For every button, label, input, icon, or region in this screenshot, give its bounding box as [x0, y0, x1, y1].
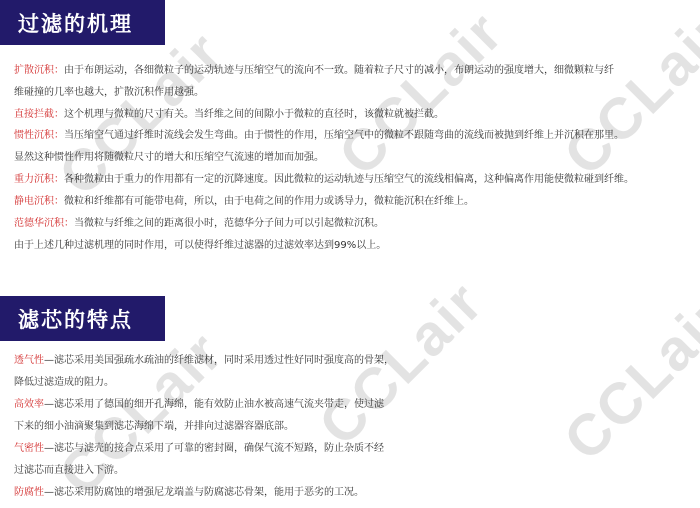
feature-text: 滤芯与滤壳的接合点采用了可靠的密封圈，确保气流不短路，防止杂质不经 [54, 443, 384, 454]
mechanism-inertial: 惯性沉积：当压缩空气通过纤维时流线会发生弯曲。由于惯性的作用，压缩空气中的微粒不… [14, 130, 624, 141]
mechanism-text: 维碰撞的几率也越大，扩散沉积作用越强。 [14, 87, 204, 98]
mechanism-text: 微粒和纤维都有可能带电荷，所以，由于电荷之间的作用力或诱导力，微粒能沉积在纤维上… [64, 196, 474, 207]
term-label: 直接拦截 [14, 109, 54, 120]
mechanism-diffusion: 扩散沉积：由于布朗运动，各细微粒子的运动轨迹与压缩空气的流向不一致。随着粒子尺寸… [14, 65, 614, 76]
feature-text: 下来的细小油滴聚集到滤芯海绵下端，并排向过滤器容器底部。 [14, 421, 294, 432]
feature-airtightness: 气密性—滤芯与滤壳的接合点采用了可靠的密封圈，确保气流不短路，防止杂质不经 [14, 443, 384, 454]
mechanism-interception: 直接拦截：这个机理与微粒的尺寸有关。当纤维之间的间隙小于微粒的直径时，该微粒就被… [14, 109, 444, 120]
feature-text: 降低过滤造成的阻力。 [14, 377, 114, 388]
feature-efficiency: 高效率—滤芯采用了德国的细开孔海绵，能有效防止油水被高速气流夹带走，使过滤 [14, 399, 384, 410]
mechanism-text: 当微粒与纤维之间的距离很小时，范德华分子间力可以引起微粒沉积。 [74, 218, 384, 229]
term-label: 静电沉积 [14, 196, 54, 207]
term-label: 范德华沉积 [14, 218, 64, 229]
mechanism-diffusion-cont: 维碰撞的几率也越大，扩散沉积作用越强。 [14, 87, 204, 98]
feature-text: 滤芯采用防腐蚀的增强尼龙端盖与防腐滤芯骨架，能用于恶劣的工况。 [54, 487, 364, 498]
term-label: 高效率 [14, 399, 44, 410]
section-title-filtration-mechanism: 过滤的机理 [0, 0, 165, 45]
mechanism-gravity: 重力沉积：各种微粒由于重力的作用都有一定的沉降速度。因此微粒的运动轨迹与压缩空气… [14, 174, 634, 185]
section-title-filter-features: 滤芯的特点 [0, 296, 165, 341]
mechanism-inertial-cont: 显然这种惯性作用将随微粒尺寸的增大和压缩空气流速的增加而加强。 [14, 152, 324, 163]
feature-text: 滤芯采用美国强疏水疏油的纤维滤材，同时采用透过性好同时强度高的骨架， [54, 355, 394, 366]
watermark: CCLair [46, 318, 236, 508]
term-label: 防腐性 [14, 487, 44, 498]
term-label: 透气性 [14, 355, 44, 366]
term-label: 气密性 [14, 443, 44, 454]
feature-text: 滤芯采用了德国的细开孔海绵，能有效防止油水被高速气流夹带走，使过滤 [54, 399, 384, 410]
mechanism-electrostatic: 静电沉积：微粒和纤维都有可能带电荷，所以，由于电荷之间的作用力或诱导力，微粒能沉… [14, 196, 474, 207]
mechanism-text: 显然这种惯性作用将随微粒尺寸的增大和压缩空气流速的增加而加强。 [14, 152, 324, 163]
watermark: CCLair [551, 283, 700, 473]
mechanism-van-der-waals: 范德华沉积：当微粒与纤维之间的距离很小时，范德华分子间力可以引起微粒沉积。 [14, 218, 384, 229]
feature-text: 过滤芯而直接进入下游。 [14, 465, 124, 476]
feature-airtightness-cont: 过滤芯而直接进入下游。 [14, 465, 124, 476]
section-title-text: 滤芯的特点 [18, 304, 133, 334]
watermark: CCLair [326, 0, 516, 189]
mechanism-text: 各种微粒由于重力的作用都有一定的沉降速度。因此微粒的运动轨迹与压缩空气的流线相偏… [64, 174, 634, 185]
feature-corrosion-resistance: 防腐性—滤芯采用防腐蚀的增强尼龙端盖与防腐滤芯骨架，能用于恶劣的工况。 [14, 487, 364, 498]
mechanism-text: 这个机理与微粒的尺寸有关。当纤维之间的间隙小于微粒的直径时，该微粒就被拦截。 [64, 109, 444, 120]
section-title-text: 过滤的机理 [18, 8, 133, 38]
term-label: 扩散沉积 [14, 65, 54, 76]
mechanism-summary: 由于上述几种过滤机理的同时作用，可以使得纤维过滤器的过滤效率达到99%以上。 [14, 240, 386, 251]
summary-text: 由于上述几种过滤机理的同时作用，可以使得纤维过滤器的过滤效率达到99%以上。 [14, 240, 386, 251]
mechanism-text: 由于布朗运动，各细微粒子的运动轨迹与压缩空气的流向不一致。随着粒子尺寸的减小，布… [64, 65, 614, 76]
feature-permeability: 透气性—滤芯采用美国强疏水疏油的纤维滤材，同时采用透过性好同时强度高的骨架， [14, 355, 394, 366]
term-label: 惯性沉积 [14, 130, 54, 141]
feature-permeability-cont: 降低过滤造成的阻力。 [14, 377, 114, 388]
watermark: CCLair [551, 0, 700, 189]
term-label: 重力沉积 [14, 174, 54, 185]
mechanism-text: 当压缩空气通过纤维时流线会发生弯曲。由于惯性的作用，压缩空气中的微粒不跟随弯曲的… [64, 130, 624, 141]
feature-efficiency-cont: 下来的细小油滴聚集到滤芯海绵下端，并排向过滤器容器底部。 [14, 421, 294, 432]
